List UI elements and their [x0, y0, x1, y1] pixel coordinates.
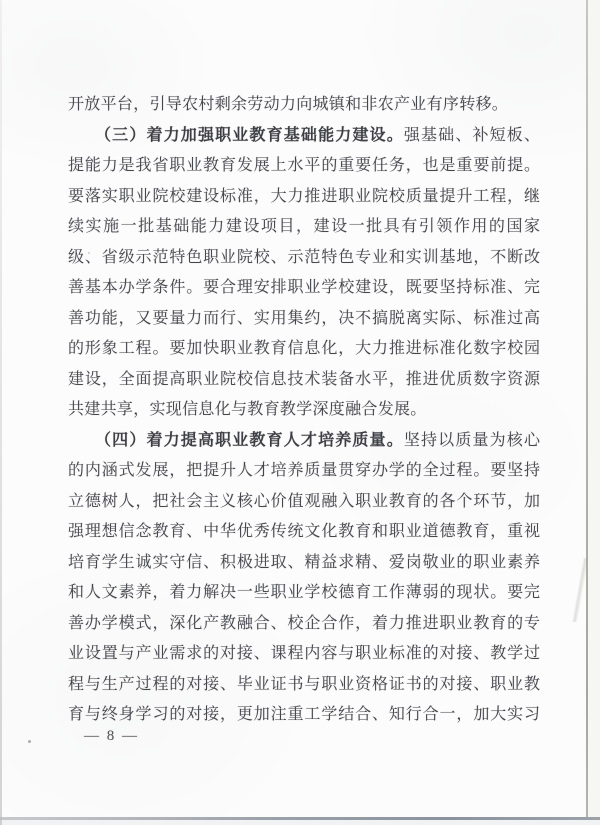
body-text: 要落实职业院校建设标准，大力推进职业院校质量提升工程，继 — [68, 188, 540, 205]
text-line: 培育学生诚实守信、积极进取、精益求精、爱岗敬业的职业素养 — [68, 548, 540, 579]
body-text: 提能力是我省职业教育发展上水平的重要任务，也是重要前提。 — [68, 157, 540, 174]
text-line: 业设置与产业需求的对接、课程内容与职业标准的对接、教学过 — [68, 639, 540, 670]
body-text: 善功能，又要量力而行、实用集约，决不搞脱离实际、标准过高 — [68, 310, 540, 327]
text-line: 立德树人，把社会主义核心价值观融入职业教育的各个环节，加 — [68, 487, 540, 518]
text-line: 续实施一批基础能力建设项目，建设一批具有引领作用的国家 — [68, 212, 540, 243]
text-line: 程与生产过程的对接、毕业证书与职业资格证书的对接、职业教 — [68, 670, 540, 701]
body-text: 续实施一批基础能力建设项目，建设一批具有引领作用的国家 — [68, 218, 540, 235]
text-line: 要落实职业院校建设标准，大力推进职业院校质量提升工程，继 — [68, 182, 540, 213]
text-line: 和人文素养，着力解决一些职业学校德育工作薄弱的现状。要完 — [68, 578, 540, 609]
text-line: 共建共享，实现信息化与教育教学深度融合发展。 — [68, 395, 540, 426]
scan-speck — [28, 740, 31, 743]
body-text: 培育学生诚实守信、积极进取、精益求精、爱岗敬业的职业素养 — [68, 554, 540, 571]
text-line: （三）着力加强职业教育基础能力建设。强基础、补短板、 — [68, 121, 540, 152]
text-line: 开放平台，引导农村剩余劳动力向城镇和非农产业有序转移。 — [68, 90, 540, 121]
body-text: 和人文素养，着力解决一些职业学校德育工作薄弱的现状。要完 — [68, 584, 540, 601]
body-text: 善办学模式，深化产教融合、校企合作，着力推进职业教育的专 — [68, 615, 540, 632]
text-line: 善办学模式，深化产教融合、校企合作，着力推进职业教育的专 — [68, 609, 540, 640]
scanner-background-right — [588, 0, 600, 825]
body-text: 强基础、补短板、 — [404, 127, 540, 144]
body-text: 业设置与产业需求的对接、课程内容与职业标准的对接、教学过 — [68, 645, 540, 662]
body-text: 的形象工程。要加快职业教育信息化，大力推进标准化数字校园 — [68, 340, 540, 357]
scanner-background-bottom — [0, 820, 600, 825]
text-line: 级、省级示范特色职业院校、示范特色专业和实训基地，不断改 — [68, 243, 540, 274]
paper-wrinkle — [572, 558, 588, 622]
section-heading: （三）着力加强职业教育基础能力建设。 — [95, 127, 404, 144]
text-line: 的形象工程。要加快职业教育信息化，大力推进标准化数字校园 — [68, 334, 540, 365]
body-text: 程与生产过程的对接、毕业证书与职业资格证书的对接、职业教 — [68, 676, 540, 693]
scan-speck — [88, 252, 90, 254]
scanned-document-page: 开放平台，引导农村剩余劳动力向城镇和非农产业有序转移。 （三）着力加强职业教育基… — [0, 0, 600, 825]
paper-right-edge — [586, 0, 588, 818]
text-line: 强理想信念教育、中华优秀传统文化教育和职业道德教育，重视 — [68, 517, 540, 548]
body-text: 建设，全面提高职业院校信息技术装备水平，推进优质数字资源 — [68, 371, 540, 388]
text-line: 善基本办学条件。要合理安排职业学校建设，既要坚持标准、完 — [68, 273, 540, 304]
body-text: 坚持以质量为核心 — [404, 432, 540, 449]
page-number: — 8 — — [84, 726, 139, 746]
body-text: 开放平台，引导农村剩余劳动力向城镇和非农产业有序转移。 — [68, 96, 508, 113]
body-text: 育与终身学习的对接，更加注重工学结合、知行合一，加大实习 — [68, 706, 540, 723]
text-line: 提能力是我省职业教育发展上水平的重要任务，也是重要前提。 — [68, 151, 540, 182]
body-text: 共建共享，实现信息化与教育教学深度融合发展。 — [68, 401, 427, 418]
body-text: 强理想信念教育、中华优秀传统文化教育和职业道德教育，重视 — [68, 523, 540, 540]
body-text: 善基本办学条件。要合理安排职业学校建设，既要坚持标准、完 — [68, 279, 540, 296]
body-text: 立德树人，把社会主义核心价值观融入职业教育的各个环节，加 — [68, 493, 540, 510]
paper-left-edge — [0, 0, 2, 825]
text-line: 的内涵式发展，把提升人才培养质量贯穿办学的全过程。要坚持 — [68, 456, 540, 487]
body-text: 的内涵式发展，把提升人才培养质量贯穿办学的全过程。要坚持 — [68, 462, 540, 479]
paper-bottom-edge — [0, 817, 600, 820]
section-heading: （四）着力提高职业教育人才培养质量。 — [95, 432, 404, 449]
text-line: 建设，全面提高职业院校信息技术装备水平，推进优质数字资源 — [68, 365, 540, 396]
body-text: 级、省级示范特色职业院校、示范特色专业和实训基地，不断改 — [68, 249, 540, 266]
document-body: 开放平台，引导农村剩余劳动力向城镇和非农产业有序转移。 （三）着力加强职业教育基… — [68, 90, 540, 731]
text-line: 善功能，又要量力而行、实用集约，决不搞脱离实际、标准过高 — [68, 304, 540, 335]
text-line: （四）着力提高职业教育人才培养质量。坚持以质量为核心 — [68, 426, 540, 457]
